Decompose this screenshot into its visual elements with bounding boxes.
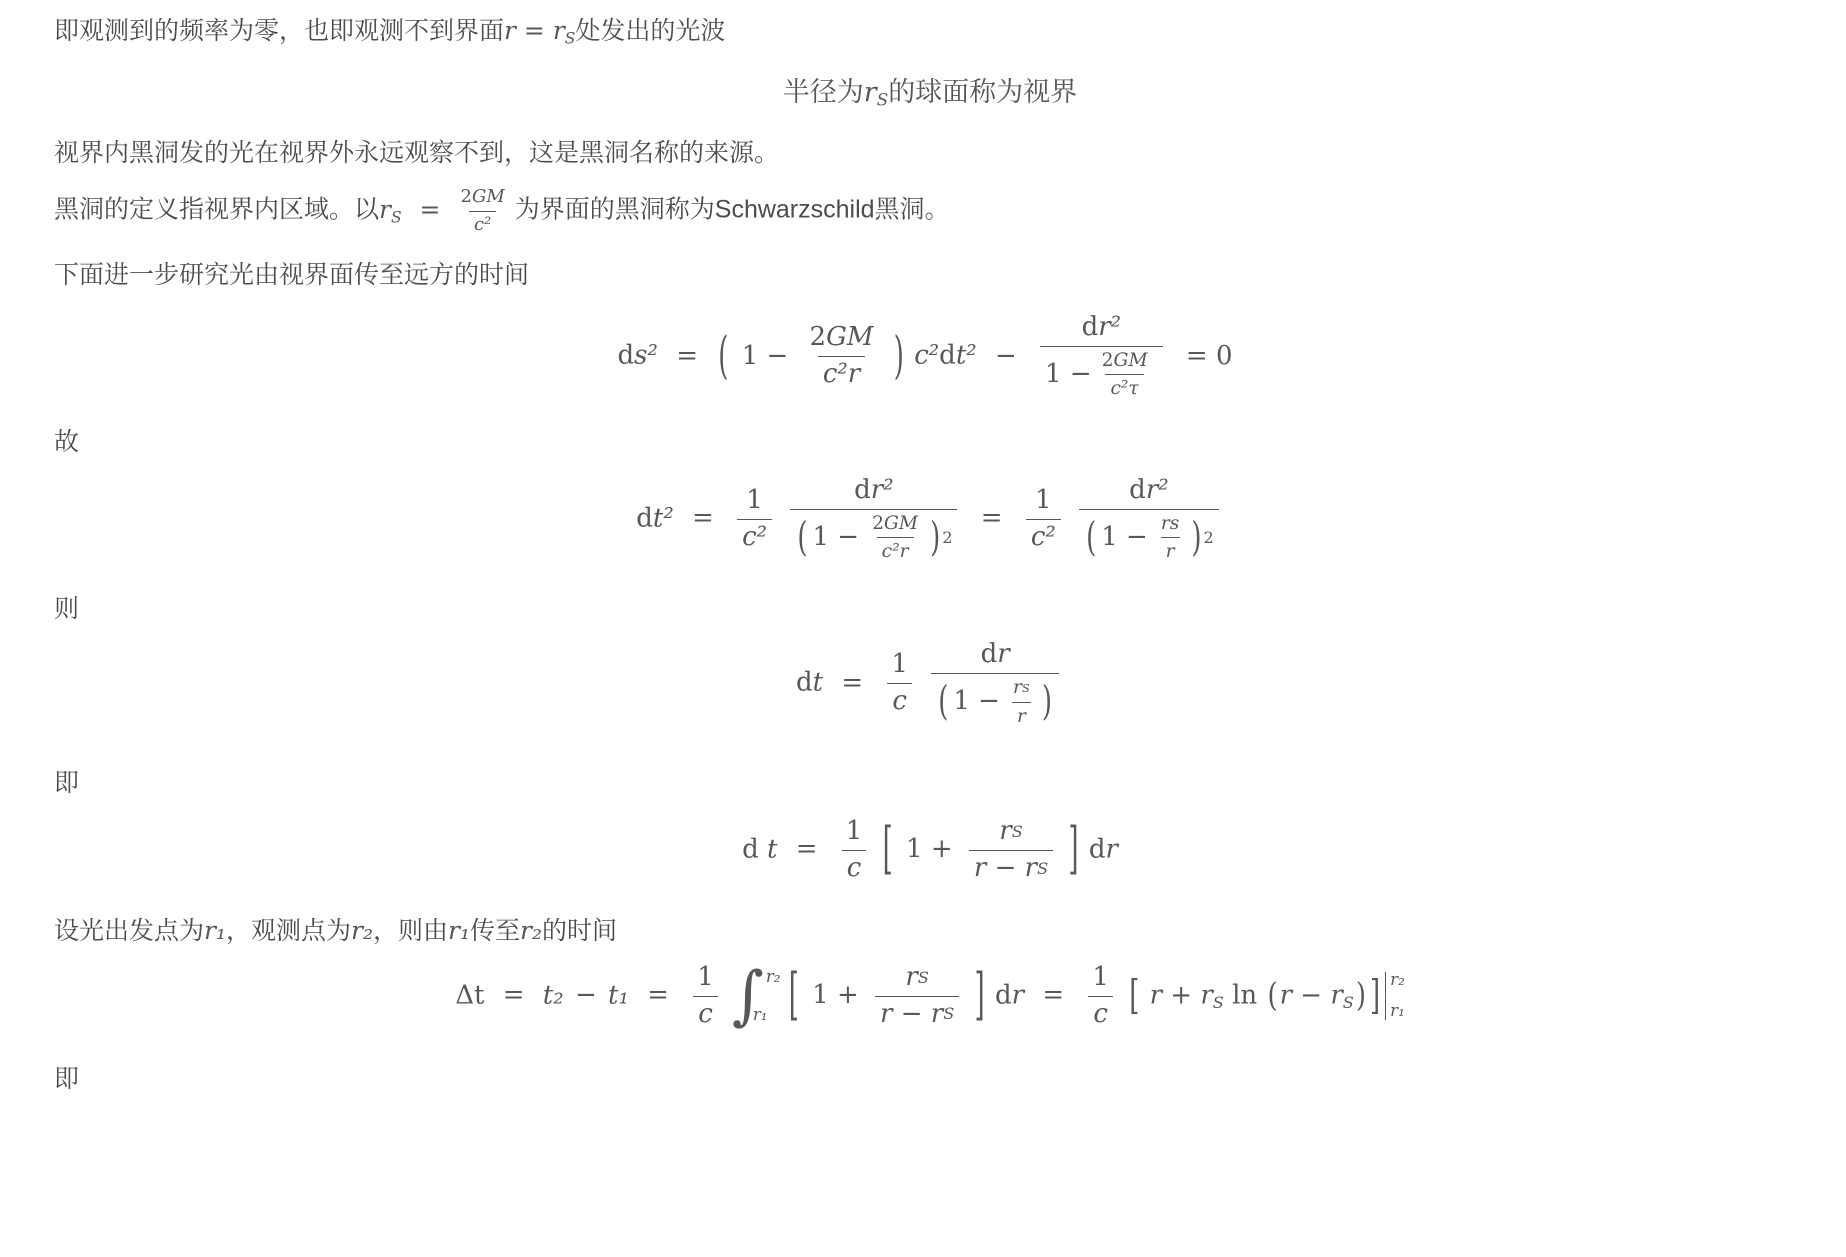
p6-text-d: 传至: [470, 917, 520, 945]
fraction-2GM-c2r: 2GMc²r: [805, 323, 879, 390]
var-r: r: [1025, 854, 1037, 884]
fraction-rS-over-r: rSr: [1008, 677, 1035, 727]
fraction-1-over-c2: 1c²: [1026, 486, 1061, 553]
var-t1: t₁: [608, 980, 629, 1010]
var-r: r: [905, 963, 917, 993]
var-c: c: [887, 683, 912, 717]
p4-text-a: 黑洞的定义指视界内区域。以: [54, 196, 379, 224]
digit-two: 2: [872, 513, 884, 535]
evaluation-bar: r₂r₁: [1385, 972, 1405, 1020]
lower-limit-r1: r₁: [753, 1007, 768, 1024]
right-paren: ): [930, 517, 940, 557]
var-c: c: [842, 850, 867, 884]
minus-sign: −: [995, 341, 1017, 371]
right-bracket: ]: [1370, 976, 1380, 1016]
var-c-squared: c²: [1026, 519, 1061, 553]
digit-two: 2: [1102, 350, 1114, 372]
right-paren: ): [894, 331, 904, 382]
fraction-dr2-paren-sq-b: dr²(1 −rsr)2: [1079, 476, 1219, 563]
var-c2r: c²r: [818, 356, 865, 390]
var-r-minus: r −: [880, 1000, 922, 1030]
var-rs: rs: [1156, 513, 1185, 538]
diff-d: d: [1089, 834, 1106, 864]
formula-delta-t: Δt = t₂ − t₁ = 1c ∫r₂r₁ [ 1 + rSr − rS ]…: [54, 963, 1806, 1030]
var-r: r: [553, 16, 565, 45]
p1-text-b: 处发出的光波: [575, 17, 725, 45]
sub-S: S: [877, 89, 888, 109]
minus-sign: −: [575, 980, 597, 1010]
digit-one: 1: [841, 817, 868, 850]
one-minus: 1 −: [742, 341, 789, 371]
left-paren: (: [718, 331, 728, 382]
equals-sign: =: [692, 503, 714, 533]
delta-t: Δt: [455, 980, 484, 1010]
label-therefore-text: 故: [54, 428, 79, 456]
var-r-plus: r +: [1150, 980, 1192, 1010]
p6-text-a: 设光出发点为: [54, 917, 204, 945]
one-plus: 1 +: [906, 834, 953, 864]
left-paren: (: [1267, 980, 1277, 1013]
equals-zero: = 0: [1186, 341, 1233, 371]
digit-one: 1: [886, 650, 913, 683]
paragraph-horizon-light: 视界内黑洞发的光在视界外永远观察不到，这是黑洞名称的来源。: [54, 137, 1806, 171]
var-GM: GM: [1114, 350, 1148, 372]
digit-two: 2: [810, 323, 827, 353]
label-then-text: 则: [54, 595, 79, 623]
fraction-1-over-c2: 1c²: [737, 486, 772, 553]
diff-d: d: [1129, 476, 1146, 506]
var-r-squared: r²: [1098, 313, 1121, 343]
right-bracket: ]: [975, 968, 985, 1024]
left-paren: (: [1086, 517, 1096, 557]
fraction-rS-over-r-minus-rS: rSr − rS: [875, 963, 959, 1030]
var-r1: r₁: [448, 916, 470, 945]
fraction-rS-over-r-minus-rS: rSr − rS: [969, 817, 1053, 884]
var-t: t: [767, 834, 777, 864]
fraction-dr-over-paren: dr(1 −rSr): [931, 640, 1059, 727]
var-c: c: [693, 996, 718, 1030]
one-minus: 1 −: [812, 523, 859, 553]
paragraph-blackhole-definition: 黑洞的定义指视界内区域。以rS =2GMc²为界面的黑洞称为Schwarzsch…: [54, 187, 1806, 235]
p4-text-b: 为界面的黑洞称为Schwarzschild黑洞。: [515, 196, 950, 224]
sub-S: S: [565, 29, 576, 47]
equals-sign: =: [503, 980, 525, 1010]
var-r: r: [504, 16, 516, 45]
var-r: r: [1330, 980, 1342, 1010]
paragraph-frequency-zero: 即观测到的频率为零，也即观测不到界面r = rS处发出的光波: [54, 14, 1806, 49]
var-r: r: [1200, 980, 1212, 1010]
left-bracket: [: [789, 968, 799, 1024]
equals-sign: =: [676, 341, 698, 371]
var-c-squared: c²: [914, 341, 939, 371]
diff-d: d: [1082, 313, 1099, 343]
equals-sign: =: [524, 16, 545, 45]
var-r: r: [1013, 677, 1022, 699]
var-GM: GM: [472, 187, 505, 208]
one-plus: 1 +: [812, 980, 859, 1010]
diff-d: d: [981, 640, 998, 670]
right-paren: ): [1042, 682, 1052, 722]
p6-text-b: ，观测点为: [226, 917, 351, 945]
var-GM: GM: [884, 513, 918, 535]
fraction-rs-over-r: rsr: [1156, 513, 1185, 563]
fraction-dr2-over-1-minus: dr²1 −2GMc²τ: [1040, 313, 1163, 400]
digit-one: 1: [741, 486, 768, 519]
var-r2: r₂: [351, 916, 373, 945]
diff-d: d: [854, 476, 871, 506]
sub-S: S: [391, 208, 402, 226]
digit-one: 1: [1087, 963, 1114, 996]
left-bracket: [: [883, 823, 893, 879]
one-minus: 1 −: [1045, 360, 1092, 390]
left-paren: (: [797, 517, 807, 557]
fraction-1-over-c: 1c: [692, 963, 719, 1030]
diff-d: d: [618, 341, 635, 371]
label-that-is-final-text: 即: [54, 1065, 79, 1093]
diff-d: d: [995, 980, 1012, 1010]
var-t: t: [813, 668, 823, 698]
var-c2tau: c²τ: [1105, 374, 1143, 400]
fraction-1-over-c: 1c: [841, 817, 868, 884]
var-r-minus: r −: [974, 854, 1016, 884]
ln-operator: ln: [1232, 980, 1257, 1010]
formula-dt-squared: dt² = 1c² dr²(1 −2GMc²r)2 = 1c² dr²(1 −r…: [54, 476, 1806, 563]
fraction-dr2-paren-sq-a: dr²(1 −2GMc²r)2: [790, 476, 957, 563]
var-r-squared: r²: [1146, 476, 1169, 506]
equals-sign: =: [647, 980, 669, 1010]
paragraph-r1-r2: 设光出发点为r₁，观测点为r₂，则由r₁传至r₂的时间: [54, 914, 1806, 949]
var-r-minus: r −: [1280, 980, 1322, 1010]
integral-limits: r₂r₁: [762, 969, 777, 1024]
var-r1: r₁: [204, 916, 226, 945]
var-r: r: [379, 195, 391, 224]
diff-d: d: [796, 668, 813, 698]
inline-math-rs: rS: [864, 77, 888, 108]
var-r-squared: r²: [871, 476, 894, 506]
var-r: r: [931, 1000, 943, 1030]
var-r: r: [997, 640, 1009, 670]
inline-math-rs-definition: rS =2GMc²: [379, 195, 515, 224]
var-r: r: [1105, 834, 1117, 864]
var-c: c: [1088, 996, 1113, 1030]
equals-sign: =: [420, 195, 441, 224]
p6-text-e: 的时间: [542, 917, 617, 945]
right-paren: ): [1191, 517, 1201, 557]
fraction-1-over-c: 1c: [1087, 963, 1114, 1030]
left-paren: (: [938, 682, 948, 722]
var-t-squared: t²: [956, 341, 977, 371]
var-c2r: c²r: [877, 537, 914, 563]
diff-d: d: [742, 834, 759, 864]
label-that-is-final: 即: [54, 1063, 1806, 1097]
eval-lower-r1: r₁: [1390, 1003, 1405, 1020]
var-r: r: [1012, 702, 1031, 728]
var-c-squared: c²: [737, 519, 772, 553]
fraction-2GM-c2tau: 2GMc²τ: [1097, 350, 1153, 400]
var-r: r: [864, 77, 877, 108]
centered-definition-line: 半径为rS的球面称为视界: [54, 75, 1806, 111]
fraction-1-over-c: 1c: [886, 650, 913, 717]
label-therefore: 故: [54, 426, 1806, 460]
label-that-is-text: 即: [54, 769, 79, 797]
equals-sign: =: [981, 503, 1003, 533]
right-paren: ): [1356, 980, 1366, 1013]
p6-text-c: ，则由: [373, 917, 448, 945]
var-r: r: [1012, 980, 1024, 1010]
document-page: 即观测到的频率为零，也即观测不到界面r = rS处发出的光波 半径为rS的球面称…: [0, 0, 1846, 1257]
p2-text-b: 的球面称为视界: [888, 77, 1077, 108]
digit-one: 1: [692, 963, 719, 996]
label-then: 则: [54, 593, 1806, 627]
paragraph-study-time: 下面进一步研究光由视界面传至远方的时间: [54, 259, 1806, 293]
fraction-2GM-c2r: 2GMc²r: [867, 513, 923, 563]
var-r: r: [1161, 537, 1180, 563]
one-minus: 1 −: [953, 687, 1000, 717]
label-that-is: 即: [54, 767, 1806, 801]
diff-d: d: [939, 341, 956, 371]
left-bracket: [: [1129, 976, 1139, 1016]
equals-sign: =: [1042, 980, 1064, 1010]
formula-null-metric: ds² = ( 1 − 2GMc²r ) c²dt² − dr²1 −2GMc²…: [54, 313, 1806, 400]
var-t2: t₂: [543, 980, 564, 1010]
p2-text-a: 半径为: [783, 77, 864, 108]
equals-sign: =: [841, 668, 863, 698]
var-c-squared: c²: [469, 211, 496, 236]
fraction-2GM-c2: 2GMc²: [456, 187, 510, 235]
equals-sign: =: [796, 834, 818, 864]
p3-text: 视界内黑洞发的光在视界外永远观察不到，这是黑洞名称的来源。: [54, 139, 779, 167]
var-r2: r₂: [520, 916, 542, 945]
digit-two: 2: [461, 187, 472, 208]
var-r: r: [999, 817, 1011, 847]
var-s-squared: s²: [634, 341, 658, 371]
one-minus: 1 −: [1101, 523, 1148, 553]
var-t-squared: t²: [653, 503, 674, 533]
p5-text: 下面进一步研究光由视界面传至远方的时间: [54, 261, 529, 289]
eval-upper-r2: r₂: [1390, 972, 1405, 989]
digit-one: 1: [1030, 486, 1057, 519]
inline-math-r-eq-rs: r = rS: [504, 16, 575, 45]
formula-dt-expanded: d t = 1c [ 1 + rSr − rS ] dr: [54, 817, 1806, 884]
sub-S: S: [1213, 993, 1224, 1012]
upper-limit-r2: r₂: [766, 969, 781, 986]
right-bracket: ]: [1068, 823, 1078, 879]
p1-text-a: 即观测到的频率为零，也即观测不到界面: [54, 17, 504, 45]
sub-S: S: [1343, 993, 1354, 1012]
diff-d: d: [636, 503, 653, 533]
var-GM: GM: [826, 323, 873, 353]
formula-dt: dt = 1c dr(1 −rSr): [54, 640, 1806, 727]
